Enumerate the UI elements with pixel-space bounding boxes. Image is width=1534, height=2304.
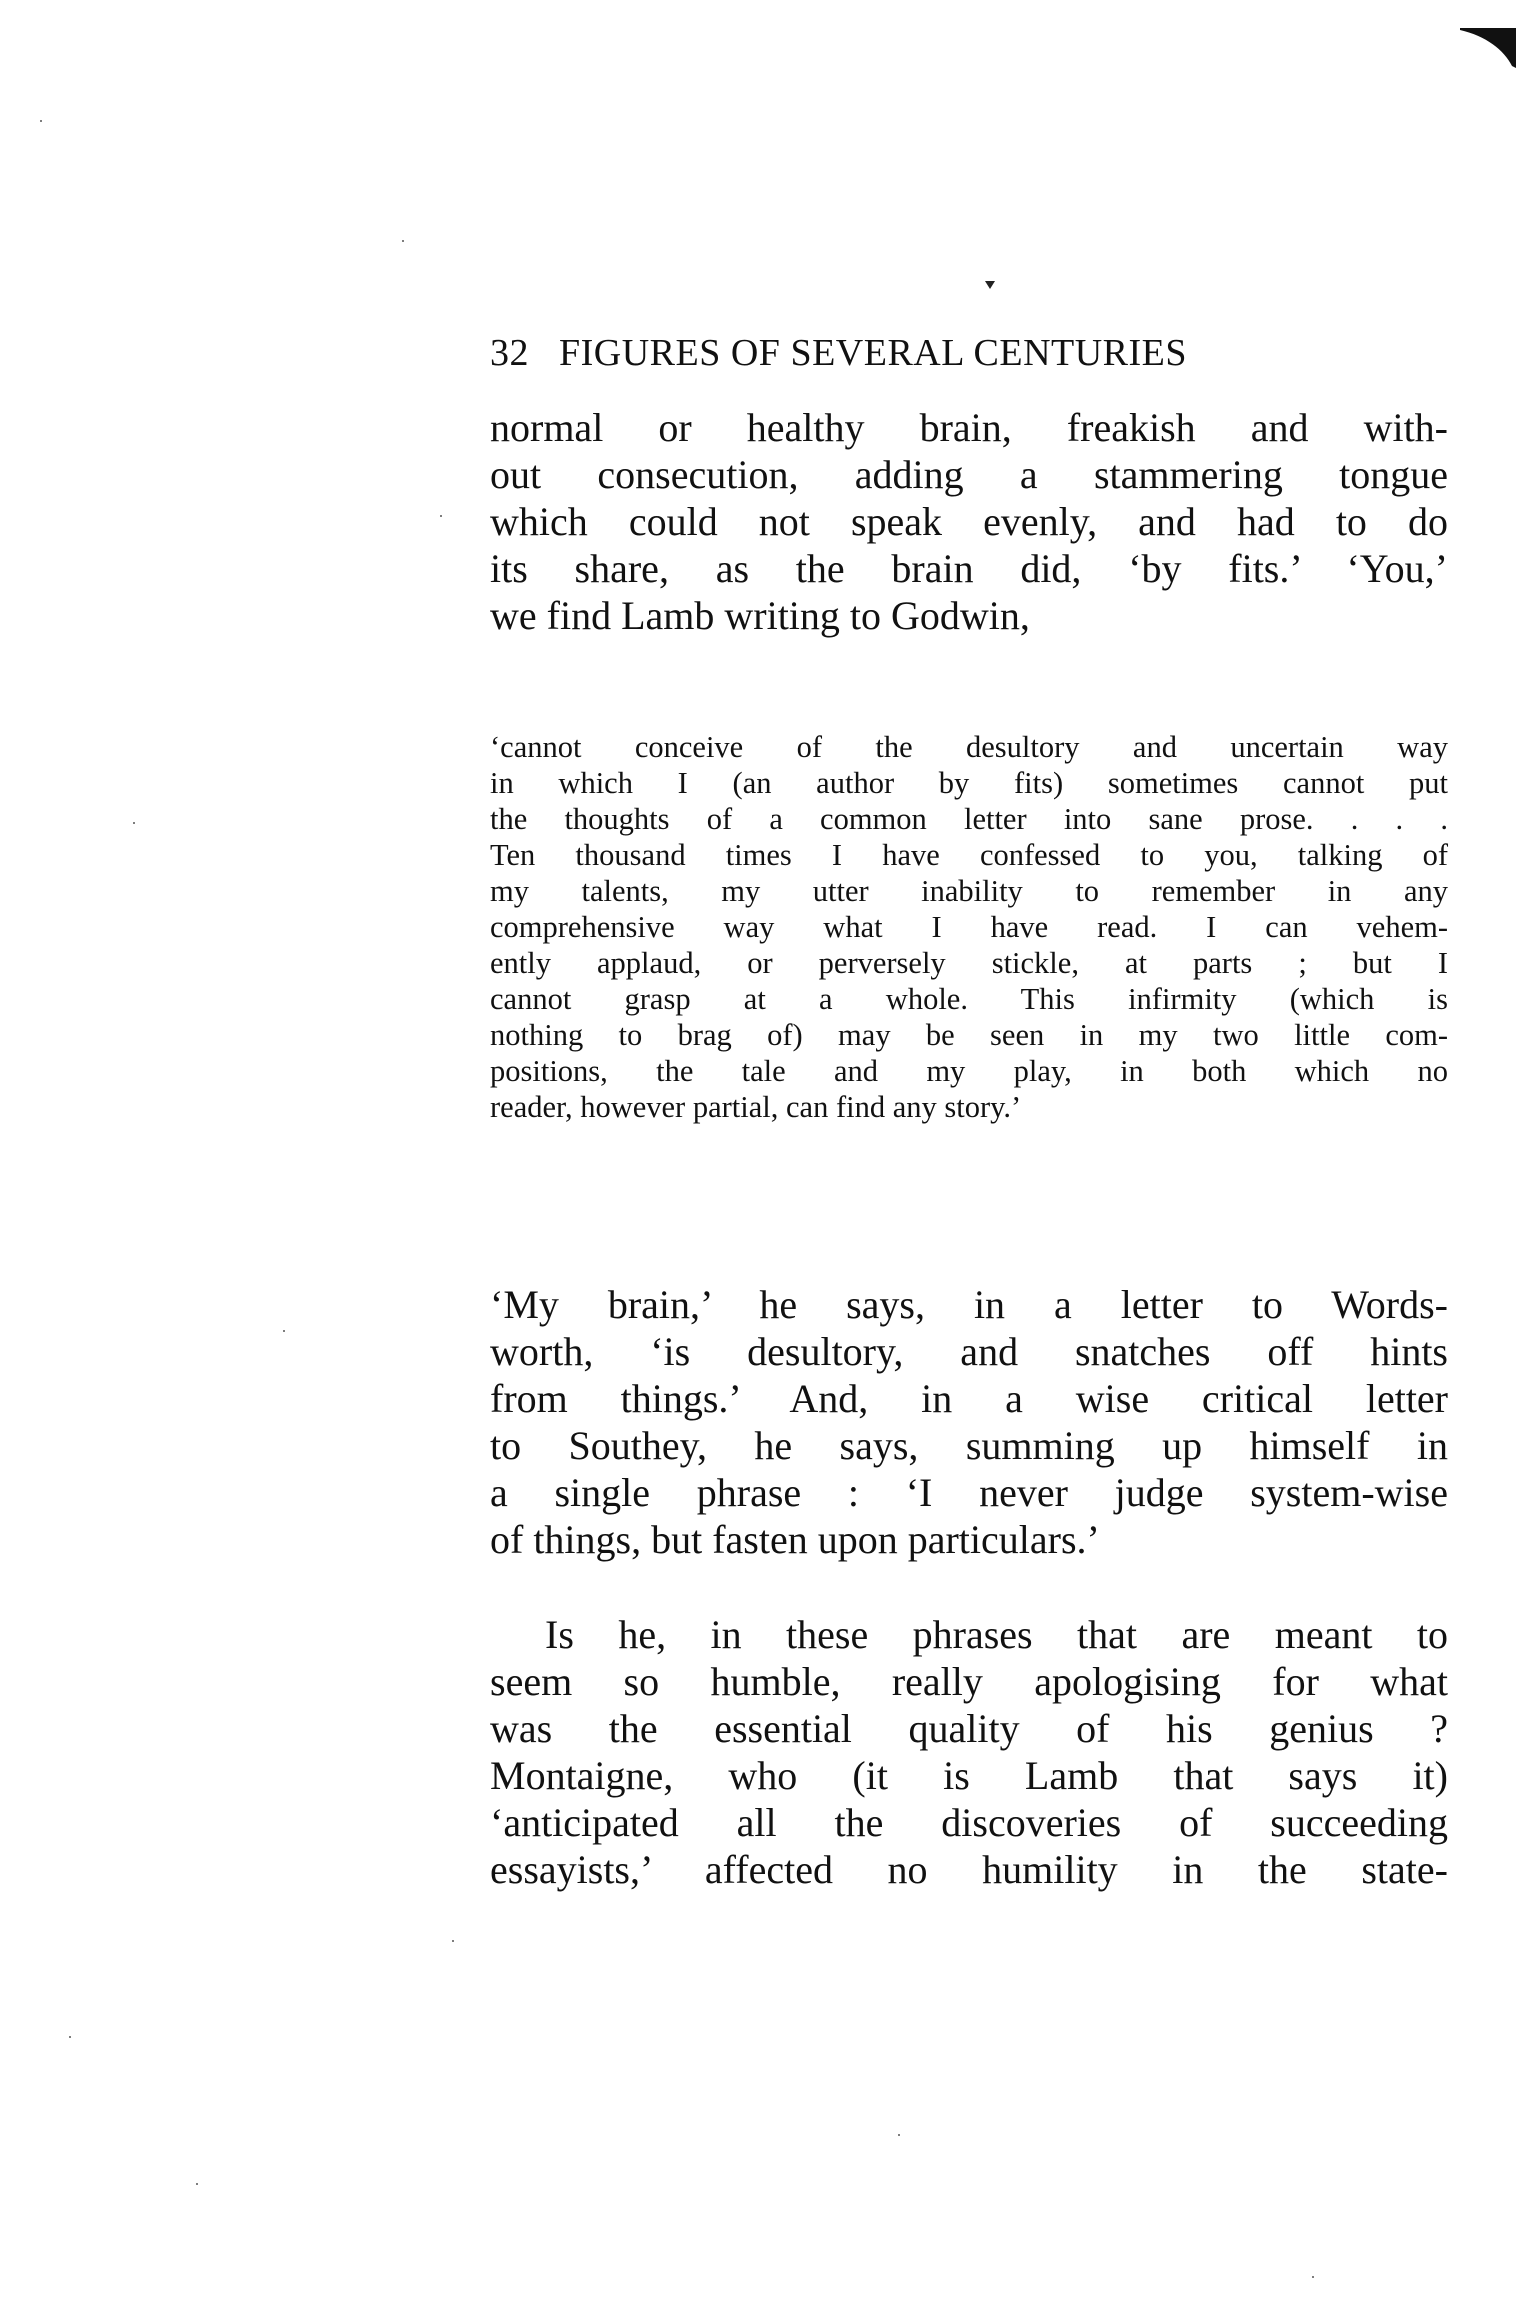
text-line: worth, ‘is desultory, and snatches off h… <box>490 1328 1448 1375</box>
text-line: to Southey, he says, summing up himself … <box>490 1422 1448 1469</box>
scan-speck <box>402 240 404 242</box>
quote-line: positions, the tale and my play, in both… <box>490 1053 1448 1089</box>
scan-speck <box>440 515 442 517</box>
text-line: essayists,’ affected no humility in the … <box>490 1846 1448 1893</box>
text-line: ‘anticipated all the discoveries of succ… <box>490 1799 1448 1846</box>
scan-speck <box>283 1330 285 1332</box>
text-line: out consecution, adding a stammering ton… <box>490 451 1448 498</box>
text-line: a single phrase : ‘I never judge system-… <box>490 1469 1448 1516</box>
quote-line: my talents, my utter inability to rememb… <box>490 873 1448 909</box>
running-header: 32 FIGURES OF SEVERAL CENTURIES <box>490 331 1395 375</box>
quote-line: comprehensive way what I have read. I ca… <box>490 909 1448 945</box>
scan-speck <box>69 2036 71 2038</box>
quote-line: the thoughts of a common letter into san… <box>490 801 1448 837</box>
text-line: its share, as the brain did, ‘by fits.’ … <box>490 545 1448 592</box>
printer-mark-icon <box>985 281 995 289</box>
text-line: which could not speak evenly, and had to… <box>490 498 1448 545</box>
quote-line: reader, however partial, can find any st… <box>490 1089 1448 1125</box>
running-title: FIGURES OF SEVERAL CENTURIES <box>559 331 1187 375</box>
text-line: seem so humble, really apologising for w… <box>490 1658 1448 1705</box>
scan-speck <box>1312 2276 1314 2278</box>
text-line: from things.’ And, in a wise critical le… <box>490 1375 1448 1422</box>
quote-line: nothing to brag of) may be seen in my tw… <box>490 1017 1448 1053</box>
text-line: of things, but fasten upon particulars.’ <box>490 1516 1448 1563</box>
text-line: we find Lamb writing to Godwin, <box>490 592 1448 639</box>
scan-speck <box>40 120 42 122</box>
quote-line: cannot grasp at a whole. This infirmity … <box>490 981 1448 1017</box>
quote-line: in which I (an author by fits) sometimes… <box>490 765 1448 801</box>
quote-line: ently applaud, or perversely stickle, at… <box>490 945 1448 981</box>
text-line: Montaigne, who (it is Lamb that says it) <box>490 1752 1448 1799</box>
page-number: 32 <box>490 331 529 375</box>
text-line: Is he, in these phrases that are meant t… <box>545 1611 1448 1658</box>
page-corner-fold-icon <box>1460 28 1518 70</box>
scan-speck <box>133 822 135 824</box>
quote-line: Ten thousand times I have confessed to y… <box>490 837 1448 873</box>
scan-speck <box>196 2183 198 2185</box>
scan-speck <box>898 2134 900 2136</box>
scan-speck <box>452 1940 454 1942</box>
text-line: normal or healthy brain, freakish and wi… <box>490 404 1448 451</box>
text-line: was the essential quality of his genius … <box>490 1705 1448 1752</box>
text-line: ‘My brain,’ he says, in a letter to Word… <box>490 1281 1448 1328</box>
quote-line: ‘cannot conceive of the desultory and un… <box>490 729 1448 765</box>
